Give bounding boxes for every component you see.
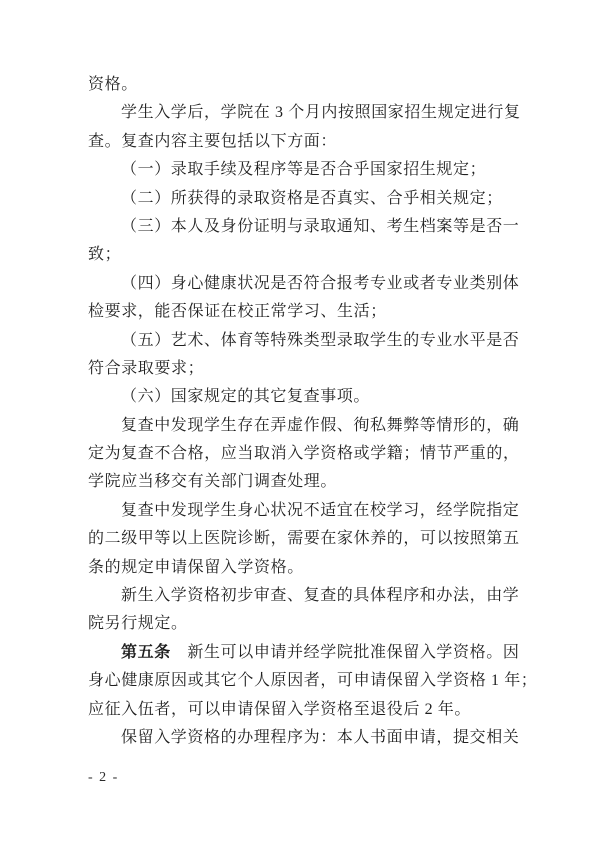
text-line: 保留入学资格的办理程序为：本人书面申请，提交相关 — [88, 724, 528, 752]
text-line: 定为复查不合格，应当取消入学资格或学籍；情节严重的， — [88, 440, 528, 468]
text-line: 新生入学资格初步审查、复查的具体程序和办法，由学 — [88, 582, 528, 610]
text-line: 致； — [88, 241, 528, 269]
text-line: （六）国家规定的其它复查事项。 — [88, 383, 528, 411]
text-line: （三）本人及身份证明与录取通知、考生档案等是否一 — [88, 213, 528, 241]
text-line: （四）身心健康状况是否符合报考专业或者专业类别体 — [88, 270, 528, 298]
text-line: 学生入学后，学院在 3 个月内按照国家招生规定进行复 — [88, 99, 528, 127]
text-line: 复查中发现学生身心状况不适宜在校学习，经学院指定 — [88, 497, 528, 525]
text-line: 符合录取要求； — [88, 355, 528, 383]
text-line: 查。复查内容主要包括以下方面： — [88, 128, 528, 156]
text-line: 的二级甲等以上医院诊断，需要在家休养的，可以按照第五 — [88, 525, 528, 553]
document-page: 资格。学生入学后，学院在 3 个月内按照国家招生规定进行复查。复查内容主要包括以… — [0, 0, 595, 841]
text-line: （五）艺术、体育等特殊类型录取学生的专业水平是否 — [88, 327, 528, 355]
text-line: （二）所获得的录取资格是否真实、合乎相关规定； — [88, 185, 528, 213]
text-line: （一）录取手续及程序等是否合乎国家招生规定； — [88, 156, 528, 184]
text-line: 应征入伍者，可以申请保留入学资格至退役后 2 年。 — [88, 696, 528, 724]
text-line: 身心健康原因或其它个人原因者，可申请保留入学资格 1 年； — [88, 667, 528, 695]
document-text: 资格。学生入学后，学院在 3 个月内按照国家招生规定进行复查。复查内容主要包括以… — [88, 71, 528, 752]
text-line: 院另行规定。 — [88, 610, 528, 638]
page-number: - 2 - — [88, 770, 119, 786]
text-line: 复查中发现学生存在弄虚作假、徇私舞弊等情形的，确 — [88, 412, 528, 440]
text-line: 学院应当移交有关部门调查处理。 — [88, 468, 528, 496]
text-line: 条的规定申请保留入学资格。 — [88, 554, 528, 582]
text-line: 资格。 — [88, 71, 528, 99]
text-line: 第五条 新生可以申请并经学院批准保留入学资格。因 — [88, 639, 528, 667]
article-number: 第五条 — [121, 644, 171, 661]
text-line: 检要求，能否保证在校正常学习、生活； — [88, 298, 528, 326]
